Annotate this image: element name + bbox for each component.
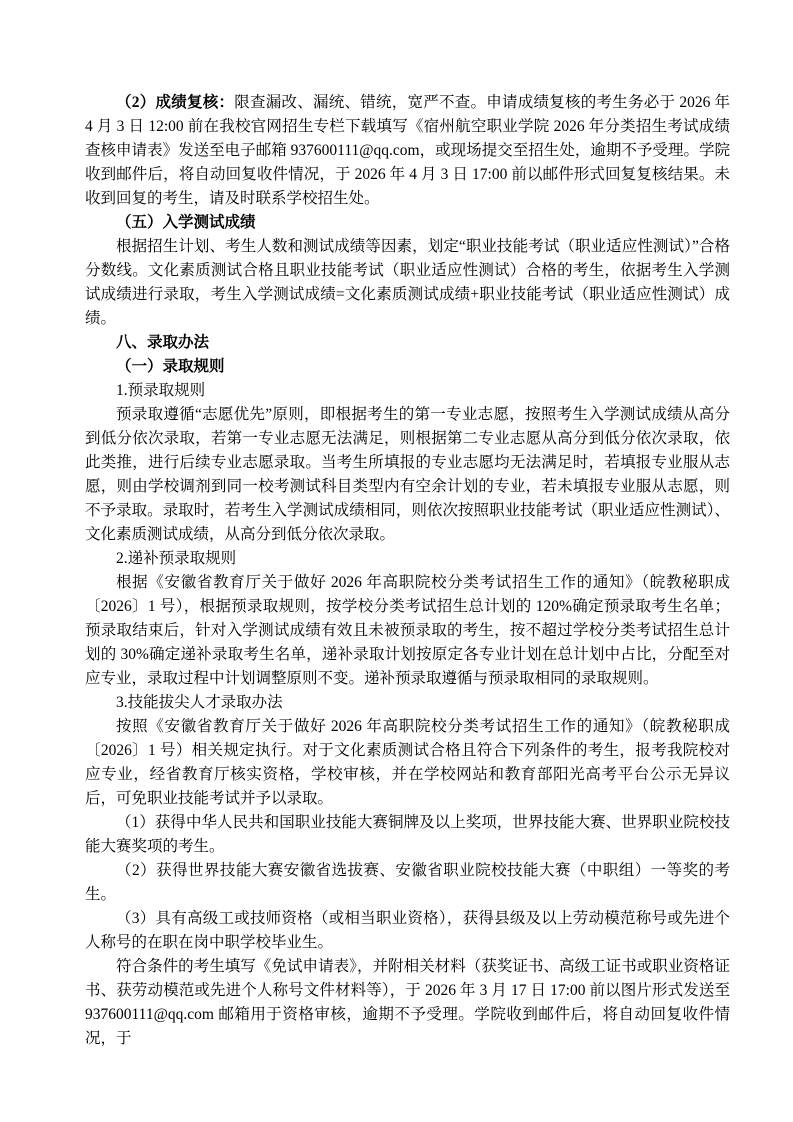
heading-admission-methods: 八、录取办法 (85, 331, 730, 355)
heading-entrance-test-score: （五）入学测试成绩 (85, 211, 730, 235)
subheading-pre-admission-rule: 1.预录取规则 (85, 379, 730, 403)
paragraph-condition-1: （1）获得中华人民共和国职业技能大赛铜牌及以上奖项，世界技能大赛、世界职业院校技… (85, 811, 730, 859)
document-content: （2）成绩复核：限查漏改、漏统、错统，宽严不查。申请成绩复核的考生务必于 202… (85, 91, 730, 1051)
subheading-supplementary-pre-admission-rule: 2.递补预录取规则 (85, 547, 730, 571)
paragraph-score-review-lead: （2）成绩复核： (116, 94, 234, 111)
paragraph-score-review: （2）成绩复核：限查漏改、漏统、错统，宽严不查。申请成绩复核的考生务必于 202… (85, 91, 730, 211)
heading-admission-rules: （一）录取规则 (85, 355, 730, 379)
paragraph-condition-2: （2）获得世界技能大赛安徽省选拔赛、安徽省职业院校技能大赛（中职组）一等奖的考生… (85, 859, 730, 907)
paragraph-skill-talent-admission: 按照《安徽省教育厅关于做好 2026 年高职院校分类考试招生工作的通知》（皖教秘… (85, 715, 730, 811)
subheading-skill-talent-admission: 3.技能拔尖人才录取办法 (85, 691, 730, 715)
paragraph-pre-admission-rule: 预录取遵循“志愿优先”原则，即根据考生的第一专业志愿，按照考生入学测试成绩从高分… (85, 403, 730, 547)
paragraph-entrance-test-score: 根据招生计划、考生人数和测试成绩等因素，划定“职业技能考试（职业适应性测试）”合… (85, 235, 730, 331)
document-page: （2）成绩复核：限查漏改、漏统、错统，宽严不查。申请成绩复核的考生务必于 202… (0, 0, 793, 1122)
paragraph-supplementary-pre-admission-rule: 根据《安徽省教育厅关于做好 2026 年高职院校分类考试招生工作的通知》（皖教秘… (85, 571, 730, 691)
paragraph-condition-3: （3）具有高级工或技师资格（或相当职业资格），获得县级及以上劳动模范称号或先进个… (85, 907, 730, 955)
paragraph-exemption-application: 符合条件的考生填写《免试申请表》，并附相关材料（获奖证书、高级工证书或职业资格证… (85, 955, 730, 1051)
